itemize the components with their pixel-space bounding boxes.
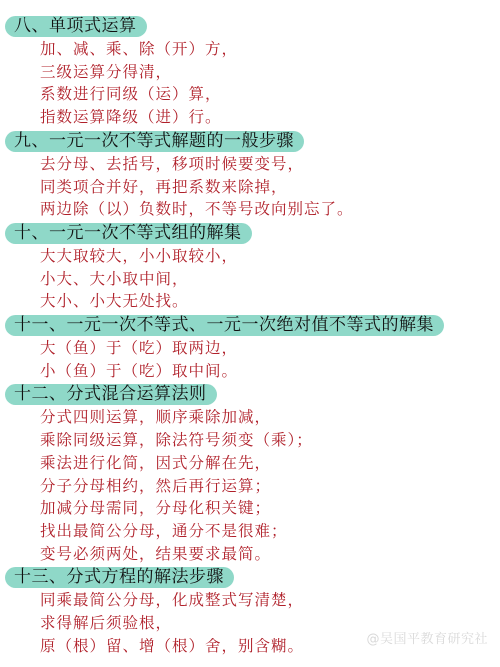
rhyme-document: 八、单项式运算 加、减、乘、除（开）方， 三级运算分得清， 系数进行同级（运）算… xyxy=(0,16,500,659)
rhyme-line: 两边除（以）负数时，不等号改向别忘了。 xyxy=(40,198,500,221)
section-title: 十三、分式方程的解法步骤 xyxy=(5,567,234,588)
section-title: 九、一元一次不等式解题的一般步骤 xyxy=(5,131,304,152)
section-lines: 加、减、乘、除（开）方， 三级运算分得清， 系数进行同级（运）算， 指数运算降级… xyxy=(0,38,500,129)
rhyme-line: 大小、小大无处找。 xyxy=(40,290,500,313)
rhyme-line: 分式四则运算，顺序乘除加减， xyxy=(40,406,500,429)
section-lines: 分式四则运算，顺序乘除加减， 乘除同级运算，除法符号须变（乘）； 乘法进行化简，… xyxy=(0,406,500,565)
rhyme-line: 找出最简公分母，通分不是很难； xyxy=(40,520,500,543)
rhyme-line: 大大取较大，小小取较小， xyxy=(40,245,500,268)
section-lines: 大（鱼）于（吃）取两边， 小（鱼）于（吃）取中间。 xyxy=(0,337,500,382)
watermark: @吴国平教育研究社 xyxy=(366,628,488,647)
rhyme-line: 加减分母需同，分母化积关键； xyxy=(40,497,500,520)
rhyme-line: 小（鱼）于（吃）取中间。 xyxy=(40,360,500,383)
rhyme-line: 大（鱼）于（吃）取两边， xyxy=(40,337,500,360)
rhyme-line: 乘除同级运算，除法符号须变（乘）； xyxy=(40,429,500,452)
section-9: 九、一元一次不等式解题的一般步骤 去分母、去括号，移项时候要变号， 同类项合并好… xyxy=(0,131,500,221)
section-11: 十一、一元一次不等式、一元一次绝对值不等式的解集 大（鱼）于（吃）取两边， 小（… xyxy=(0,315,500,382)
rhyme-line: 小大、大小取中间， xyxy=(40,268,500,291)
rhyme-line: 去分母、去括号，移项时候要变号， xyxy=(40,153,500,176)
rhyme-line: 同类项合并好，再把系数来除掉， xyxy=(40,176,500,199)
section-title: 十一、一元一次不等式、一元一次绝对值不等式的解集 xyxy=(5,315,444,336)
rhyme-line: 三级运算分得清， xyxy=(40,61,500,84)
section-8: 八、单项式运算 加、减、乘、除（开）方， 三级运算分得清， 系数进行同级（运）算… xyxy=(0,16,500,129)
section-12: 十二、分式混合运算法则 分式四则运算，顺序乘除加减， 乘除同级运算，除法符号须变… xyxy=(0,384,500,565)
rhyme-line: 分子分母相约，然后再行运算； xyxy=(40,475,500,498)
section-title: 十二、分式混合运算法则 xyxy=(5,384,217,405)
section-title: 十、一元一次不等式组的解集 xyxy=(5,223,252,244)
rhyme-line: 系数进行同级（运）算， xyxy=(40,83,500,106)
rhyme-line: 乘法进行化简，因式分解在先， xyxy=(40,452,500,475)
section-title: 八、单项式运算 xyxy=(5,16,147,37)
rhyme-line: 变号必须两处，结果要求最简。 xyxy=(40,543,500,566)
section-10: 十、一元一次不等式组的解集 大大取较大，小小取较小， 小大、大小取中间， 大小、… xyxy=(0,223,500,313)
rhyme-line: 同乘最简公分母，化成整式写清楚， xyxy=(40,589,500,612)
section-lines: 大大取较大，小小取较小， 小大、大小取中间， 大小、小大无处找。 xyxy=(0,245,500,313)
rhyme-line: 加、减、乘、除（开）方， xyxy=(40,38,500,61)
section-lines: 同乘最简公分母，化成整式写清楚， 求得解后须验根， 原（根）留、增（根）舍，别含… xyxy=(0,589,500,657)
rhyme-line: 指数运算降级（进）行。 xyxy=(40,106,500,129)
section-lines: 去分母、去括号，移项时候要变号， 同类项合并好，再把系数来除掉， 两边除（以）负… xyxy=(0,153,500,221)
